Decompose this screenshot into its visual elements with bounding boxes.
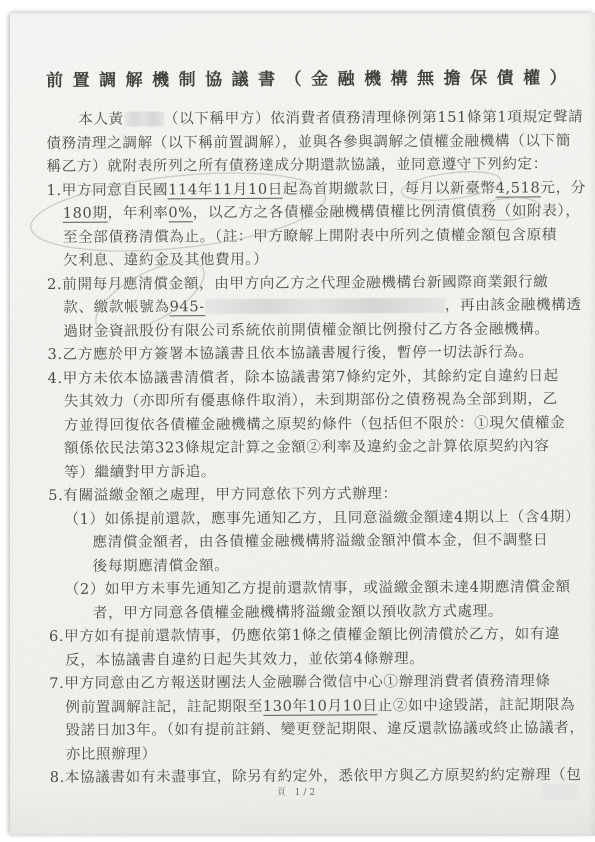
text-line: 方並得回復依各債權金融機構之原契約條件（包括但不限於：①現欠債權金: [48, 411, 573, 437]
text-line: 者，甲方同意各債權金融機構將溢繳金額以預收款方式處理。: [49, 599, 574, 625]
text-run: 止②如中途毀諾，註記期限為: [378, 696, 576, 714]
text-line: 稱乙方）就附表所列之所有債務達成分期還款協議，並同意遵守下列約定：: [46, 152, 571, 178]
text-run: 等）繼續對甲方訴追。: [64, 463, 216, 481]
text-run: 5.有關溢繳金額之處理，甲方同意依下列方式辦理：: [48, 485, 397, 504]
text-line: 6.甲方如有提前還款情事，仍應依第1條之債權金額比例清償於乙方，如有違: [49, 622, 574, 648]
filled-blank: 114年11月10日: [168, 180, 283, 199]
text-run: 2.前開每月應清償金額，由甲方向乙方之代理金融機構台新國際商業銀行繳: [47, 273, 548, 293]
text-run: 至全部債務清償為止。（註：甲方瞭解上開附表中所列之債權金額包含原積: [63, 226, 557, 246]
text-run: 1.甲方同意自民國: [47, 181, 169, 199]
filled-blank: 130年10月10日: [263, 697, 378, 716]
text-line: 7.甲方同意由乙方報送財團法人金融聯合徵信中心①辦理消費者債務清理條: [49, 669, 574, 695]
text-run: 額係依民法第323條規定計算之金額②利率及違約金之計算依原契約內容: [64, 437, 550, 457]
text-line: （1）如係提前還款，應事先通知乙方，且同意溢繳金額達4期以上（含4期）: [48, 505, 573, 531]
text-line: 毀諾日加3年。（如有提前註銷、變更登記期限、違反還款協議或終止協議者，: [49, 716, 574, 742]
text-run: （2）如甲方未事先通知乙方提前還款情事，或溢繳金額未達4期應清償金額: [65, 578, 571, 598]
filled-blank: 4,518: [496, 179, 541, 197]
redacted-stamp: [543, 784, 577, 800]
text-line: 後每期應清償金額。: [49, 552, 574, 578]
scanned-document: 前置調解機制協議書（金融機構無擔保債權） 本人黃（以下稱甲方）依消費者債務清理條…: [0, 0, 595, 842]
text-run: 款、繳款帳號為: [63, 298, 169, 316]
text-run: ，年利率: [108, 204, 169, 221]
text-run: 過財金資訊股份有限公司系統依前開債權金額比例撥付乙方各金融機構。: [63, 320, 549, 340]
text-run: 元，分: [540, 179, 586, 196]
text-run: 欠利息、違約金及其他費用。）: [63, 251, 269, 269]
text-run: （1）如係提前還款，應事先通知乙方，且同意溢繳金額達4期以上（含4期）: [64, 508, 580, 528]
text-run: 例前置調解註記，註記期限至: [65, 697, 263, 715]
text-run: 債務清理之調解（以下稱前置調解），並與各參與調解之債權金融機構（以下簡: [46, 132, 571, 152]
filled-blank: 945-: [170, 298, 205, 316]
text-line: 欠利息、違約金及其他費用。）: [47, 246, 572, 272]
text-run: 後每期應清償金額。: [93, 557, 230, 575]
text-line: 例前置調解註記，註記期限至130年10月10日止②如中途毀諾，註記期限為: [49, 693, 574, 719]
text-run: 方並得回復依各債權金融機構之原契約條件（包括但不限於：①現欠債權金: [64, 414, 565, 434]
text-line: 額係依民法第323條規定計算之金額②利率及違約金之計算依原契約內容: [48, 434, 573, 460]
text-run: 稱乙方）就附表所列之所有債務達成分期還款協議，並同意遵守下列約定：: [46, 155, 547, 175]
text-run: 起為首期繳款日，每月以新臺幣: [283, 179, 496, 197]
text-line: 過財金資訊股份有限公司系統依前開債權金額比例撥付乙方各金融機構。: [47, 317, 572, 343]
text-line: （2）如甲方未事先通知乙方提前還款情事，或溢繳金額未達4期應清償金額: [49, 575, 574, 601]
text-run: 毀諾日加3年。（如有提前註銷、變更登記期限、違反還款協議或終止協議者，: [65, 719, 584, 739]
filled-blank: 0%: [168, 204, 192, 222]
text-line: 應清償金額者，由各債權金融機構將溢繳金額沖償本金，但不調整日: [48, 528, 573, 554]
page-number: 頁 1/2: [0, 785, 595, 798]
text-run: （以下稱甲方）依消費者債務清理條例第151條第1項規定聲請: [164, 108, 583, 127]
text-run: 本人黃: [78, 111, 124, 128]
filled-blank: 180期: [63, 205, 108, 223]
document-title: 前置調解機制協議書（金融機構無擔保債權）: [46, 65, 571, 108]
text-run: ，再由該金融機構透: [445, 296, 582, 314]
text-line: 至全部債務清償為止。（註：甲方瞭解上開附表中所列之債權金額包含原積: [47, 223, 572, 249]
text-run: 失其效力（亦即所有優惠條件取消），未到期部份之債務視為全部到期，乙: [64, 390, 558, 410]
text-run: 者，甲方同意各債權金融機構將溢繳金額以預收款方式處理。: [93, 602, 503, 621]
text-line: 180期，年利率0%，以乙方之各債權金融機構債權比例清償債務（如附表），: [47, 199, 572, 225]
text-run: 8.本協議書如有未盡事宜，除另有約定外，悉依甲方與乙方原契約約定辦理（包: [50, 766, 582, 786]
redacted-text: [205, 298, 445, 314]
text-line: 2.前開每月應清償金額，由甲方向乙方之代理金融機構台新國際商業銀行繳: [47, 270, 572, 296]
text-run: 6.甲方如有提前還款情事，仍應依第1條之債權金額比例清償於乙方，如有違: [49, 625, 560, 645]
text-line: 1.甲方同意自民國114年11月10日起為首期繳款日，每月以新臺幣4,518元，…: [47, 176, 572, 202]
text-line: 5.有關溢繳金額之處理，甲方同意依下列方式辦理：: [48, 481, 573, 507]
redacted-text: [124, 111, 164, 126]
text-line: 亦比照辦理）: [50, 740, 575, 766]
document-content: 前置調解機制協議書（金融機構無擔保債權） 本人黃（以下稱甲方）依消費者債務清理條…: [46, 65, 575, 789]
document-body: 本人黃（以下稱甲方）依消費者債務清理條例第151條第1項規定聲請債務清理之調解（…: [46, 105, 575, 789]
text-line: 失其效力（亦即所有優惠條件取消），未到期部份之債務視為全部到期，乙: [48, 387, 573, 413]
text-run: 反，本協議書自違約日起失其效力，並依第4條辦理。: [65, 650, 424, 669]
text-line: 債務清理之調解（以下稱前置調解），並與各參與調解之債權金融機構（以下簡: [46, 129, 571, 155]
text-run: 4.甲方未依本協議書清償者，除本協議書第7條約定外，其餘約定自違約日起: [48, 367, 559, 387]
text-line: 款、繳款帳號為945-，再由該金融機構透: [47, 293, 572, 319]
text-run: 3.乙方應於甲方簽署本協議書且依本協議書履行後，暫停一切法訴行為。: [47, 343, 533, 363]
text-line: 反，本協議書自違約日起失其效力，並依第4條辦理。: [49, 646, 574, 672]
text-line: 本人黃（以下稱甲方）依消費者債務清理條例第151條第1項規定聲請: [46, 105, 571, 131]
text-run: ，以乙方之各債權金融機構債權比例清償債務（如附表），: [193, 202, 581, 221]
text-line: 4.甲方未依本協議書清償者，除本協議書第7條約定外，其餘約定自違約日起: [48, 364, 573, 390]
text-line: 3.乙方應於甲方簽署本協議書且依本協議書履行後，暫停一切法訴行為。: [47, 340, 572, 366]
text-line: 等）繼續對甲方訴追。: [48, 458, 573, 484]
text-run: 應清償金額者，由各債權金融機構將溢繳金額沖償本金，但不調整日: [92, 531, 548, 550]
text-run: 亦比照辦理）: [66, 745, 157, 762]
text-run: 7.甲方同意由乙方報送財團法人金融聯合徵信中心①辦理消費者債務清理條: [49, 672, 550, 692]
